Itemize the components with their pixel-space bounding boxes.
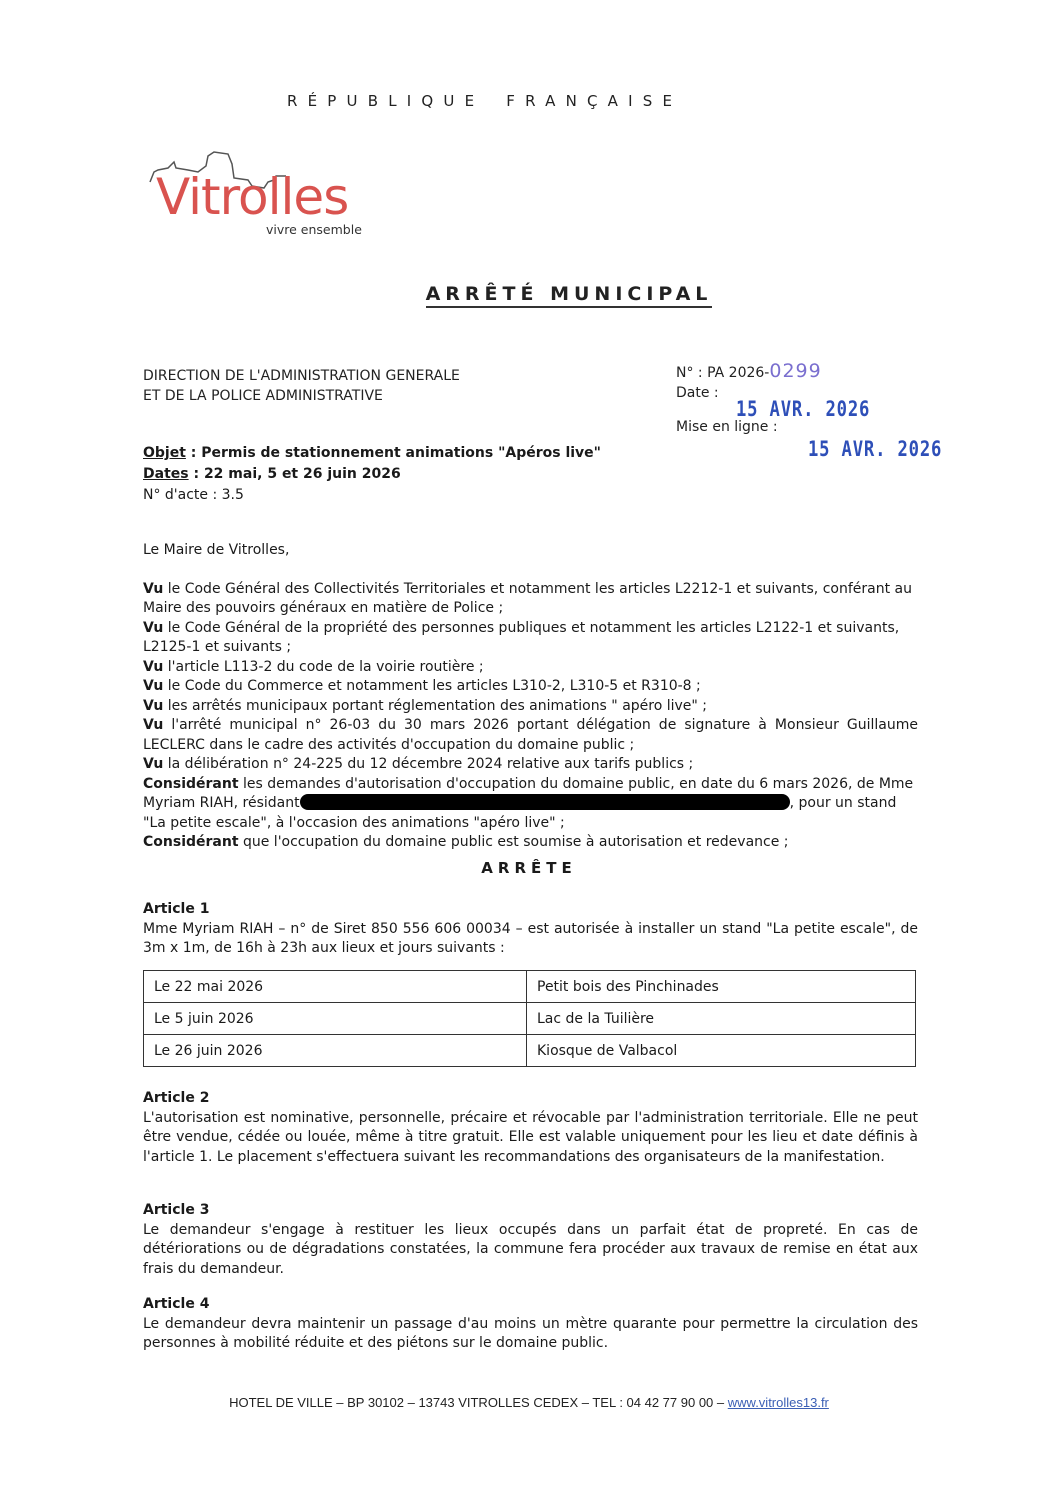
schedule-table: Le 22 mai 2026Petit bois des Pinchinades… — [143, 970, 916, 1067]
article-text: Mme Myriam RIAH – n° de Siret 850 556 60… — [143, 920, 918, 959]
visa-lead: Vu — [143, 678, 163, 694]
visa-text: le Code du Commerce et notamment les art… — [163, 678, 700, 694]
article-1: Article 1 Mme Myriam RIAH – n° de Siret … — [143, 900, 918, 959]
visa: Vu l'article L113-2 du code de la voirie… — [143, 658, 918, 678]
website-link[interactable]: www.vitrolles13.fr — [728, 1395, 829, 1410]
visa-text: les arrêtés municipaux portant réglement… — [163, 698, 707, 714]
visa: Vu le Code du Commerce et notamment les … — [143, 677, 918, 697]
republique-word: RÉPUBLIQUE — [287, 92, 484, 110]
visa-text: le Code Général des Collectivités Territ… — [143, 581, 912, 617]
vitrolles-logo: Vitrolles vivre ensemble — [148, 150, 398, 245]
issuing-direction: DIRECTION DE L'ADMINISTRATION GENERALE E… — [143, 366, 460, 406]
subject-block: Objet : Permis de stationnement animatio… — [143, 443, 601, 506]
visa-text: l'arrêté municipal n° 26-03 du 30 mars 2… — [143, 717, 918, 753]
visa-lead: Vu — [143, 756, 163, 772]
considerant: Considérant que l'occupation du domaine … — [143, 833, 918, 853]
article-3: Article 3 Le demandeur s'engage à restit… — [143, 1201, 918, 1279]
visa-text: la délibération n° 24-225 du 12 décembre… — [163, 756, 693, 772]
objet-line: Objet : Permis de stationnement animatio… — [143, 443, 601, 464]
dates-line: Dates : 22 mai, 5 et 26 juin 2026 — [143, 464, 601, 485]
schedule-date: Le 26 juin 2026 — [144, 1035, 527, 1067]
direction-line-2: ET DE LA POLICE ADMINISTRATIVE — [143, 386, 460, 406]
considerant-text: que l'occupation du domaine public est s… — [239, 834, 789, 850]
dates-value: : 22 mai, 5 et 26 juin 2026 — [189, 466, 401, 482]
francaise-word: FRANÇAISE — [506, 92, 682, 110]
act-metadata: N° : PA 2026-0299 Date : 15 AVR. 2026 Mi… — [676, 361, 972, 459]
visa-text: l'article L113-2 du code de la voirie ro… — [163, 659, 483, 675]
schedule-date: Le 22 mai 2026 — [144, 971, 527, 1003]
table-row: Le 22 mai 2026Petit bois des Pinchinades — [144, 971, 916, 1003]
objet-value: : Permis de stationnement animations "Ap… — [186, 445, 601, 461]
visa: Vu le Code Général des Collectivités Ter… — [143, 580, 918, 619]
table-row: Le 5 juin 2026Lac de la Tuilière — [144, 1003, 916, 1035]
document-title: ARRÊTÉ MUNICIPAL — [0, 283, 1058, 305]
act-number-label: N° : PA 2026- — [676, 365, 769, 381]
article-text: L'autorisation est nominative, personnel… — [143, 1109, 918, 1168]
visa: Vu les arrêtés municipaux portant réglem… — [143, 697, 918, 717]
considerant-lead: Considérant — [143, 834, 239, 850]
considerant-lead: Considérant — [143, 776, 239, 792]
considerant: Considérant les demandes d'autorisation … — [143, 775, 918, 834]
date-stamp: 15 AVR. 2026 — [736, 399, 929, 419]
maire-line: Le Maire de Vitrolles, — [143, 541, 918, 561]
article-2: Article 2 L'autorisation est nominative,… — [143, 1089, 918, 1167]
schedule-date: Le 5 juin 2026 — [144, 1003, 527, 1035]
visa-lead: Vu — [143, 659, 163, 675]
objet-label: Objet — [143, 445, 186, 461]
article-title: Article 3 — [143, 1201, 918, 1221]
footer: HOTEL DE VILLE – BP 30102 – 13743 VITROL… — [0, 1395, 1058, 1410]
arrete-heading: ARRÊTE — [0, 859, 1058, 877]
republique-francaise-header: RÉPUBLIQUEFRANÇAISE — [287, 92, 682, 110]
logo-tagline: vivre ensemble — [266, 222, 362, 237]
article-title: Article 2 — [143, 1089, 918, 1109]
visa: Vu le Code Général de la propriété des p… — [143, 619, 918, 658]
visa-lead: Vu — [143, 717, 163, 733]
visa: Vu la délibération n° 24-225 du 12 décem… — [143, 755, 918, 775]
article-title: Article 1 — [143, 900, 918, 920]
title-text: ARRÊTÉ MUNICIPAL — [426, 283, 713, 308]
article-text: Le demandeur s'engage à restituer les li… — [143, 1221, 918, 1280]
visa: Vu l'arrêté municipal n° 26-03 du 30 mar… — [143, 716, 918, 755]
schedule-place: Lac de la Tuilière — [527, 1003, 916, 1035]
act-number: N° : PA 2026-0299 — [676, 361, 972, 383]
article-title: Article 4 — [143, 1295, 918, 1315]
table-row: Le 26 juin 2026Kiosque de Valbacol — [144, 1035, 916, 1067]
visa-text: le Code Général de la propriété des pers… — [143, 620, 899, 656]
schedule-place: Kiosque de Valbacol — [527, 1035, 916, 1067]
acte-number: N° d'acte : 3.5 — [143, 485, 601, 506]
visa-lead: Vu — [143, 698, 163, 714]
online-stamp: 15 AVR. 2026 — [808, 439, 942, 459]
article-text: Le demandeur devra maintenir un passage … — [143, 1315, 918, 1354]
visa-lead: Vu — [143, 620, 163, 636]
act-number-handwritten: 0299 — [769, 360, 821, 382]
schedule-place: Petit bois des Pinchinades — [527, 971, 916, 1003]
direction-line-1: DIRECTION DE L'ADMINISTRATION GENERALE — [143, 366, 460, 386]
article-4: Article 4 Le demandeur devra maintenir u… — [143, 1295, 918, 1354]
dates-label: Dates — [143, 466, 189, 482]
redacted-address — [300, 794, 790, 810]
footer-address: HOTEL DE VILLE – BP 30102 – 13743 VITROL… — [229, 1395, 728, 1410]
visa-lead: Vu — [143, 581, 163, 597]
preamble: Le Maire de Vitrolles, Vu le Code Généra… — [143, 541, 918, 853]
logo-wordmark: Vitrolles — [156, 172, 348, 222]
